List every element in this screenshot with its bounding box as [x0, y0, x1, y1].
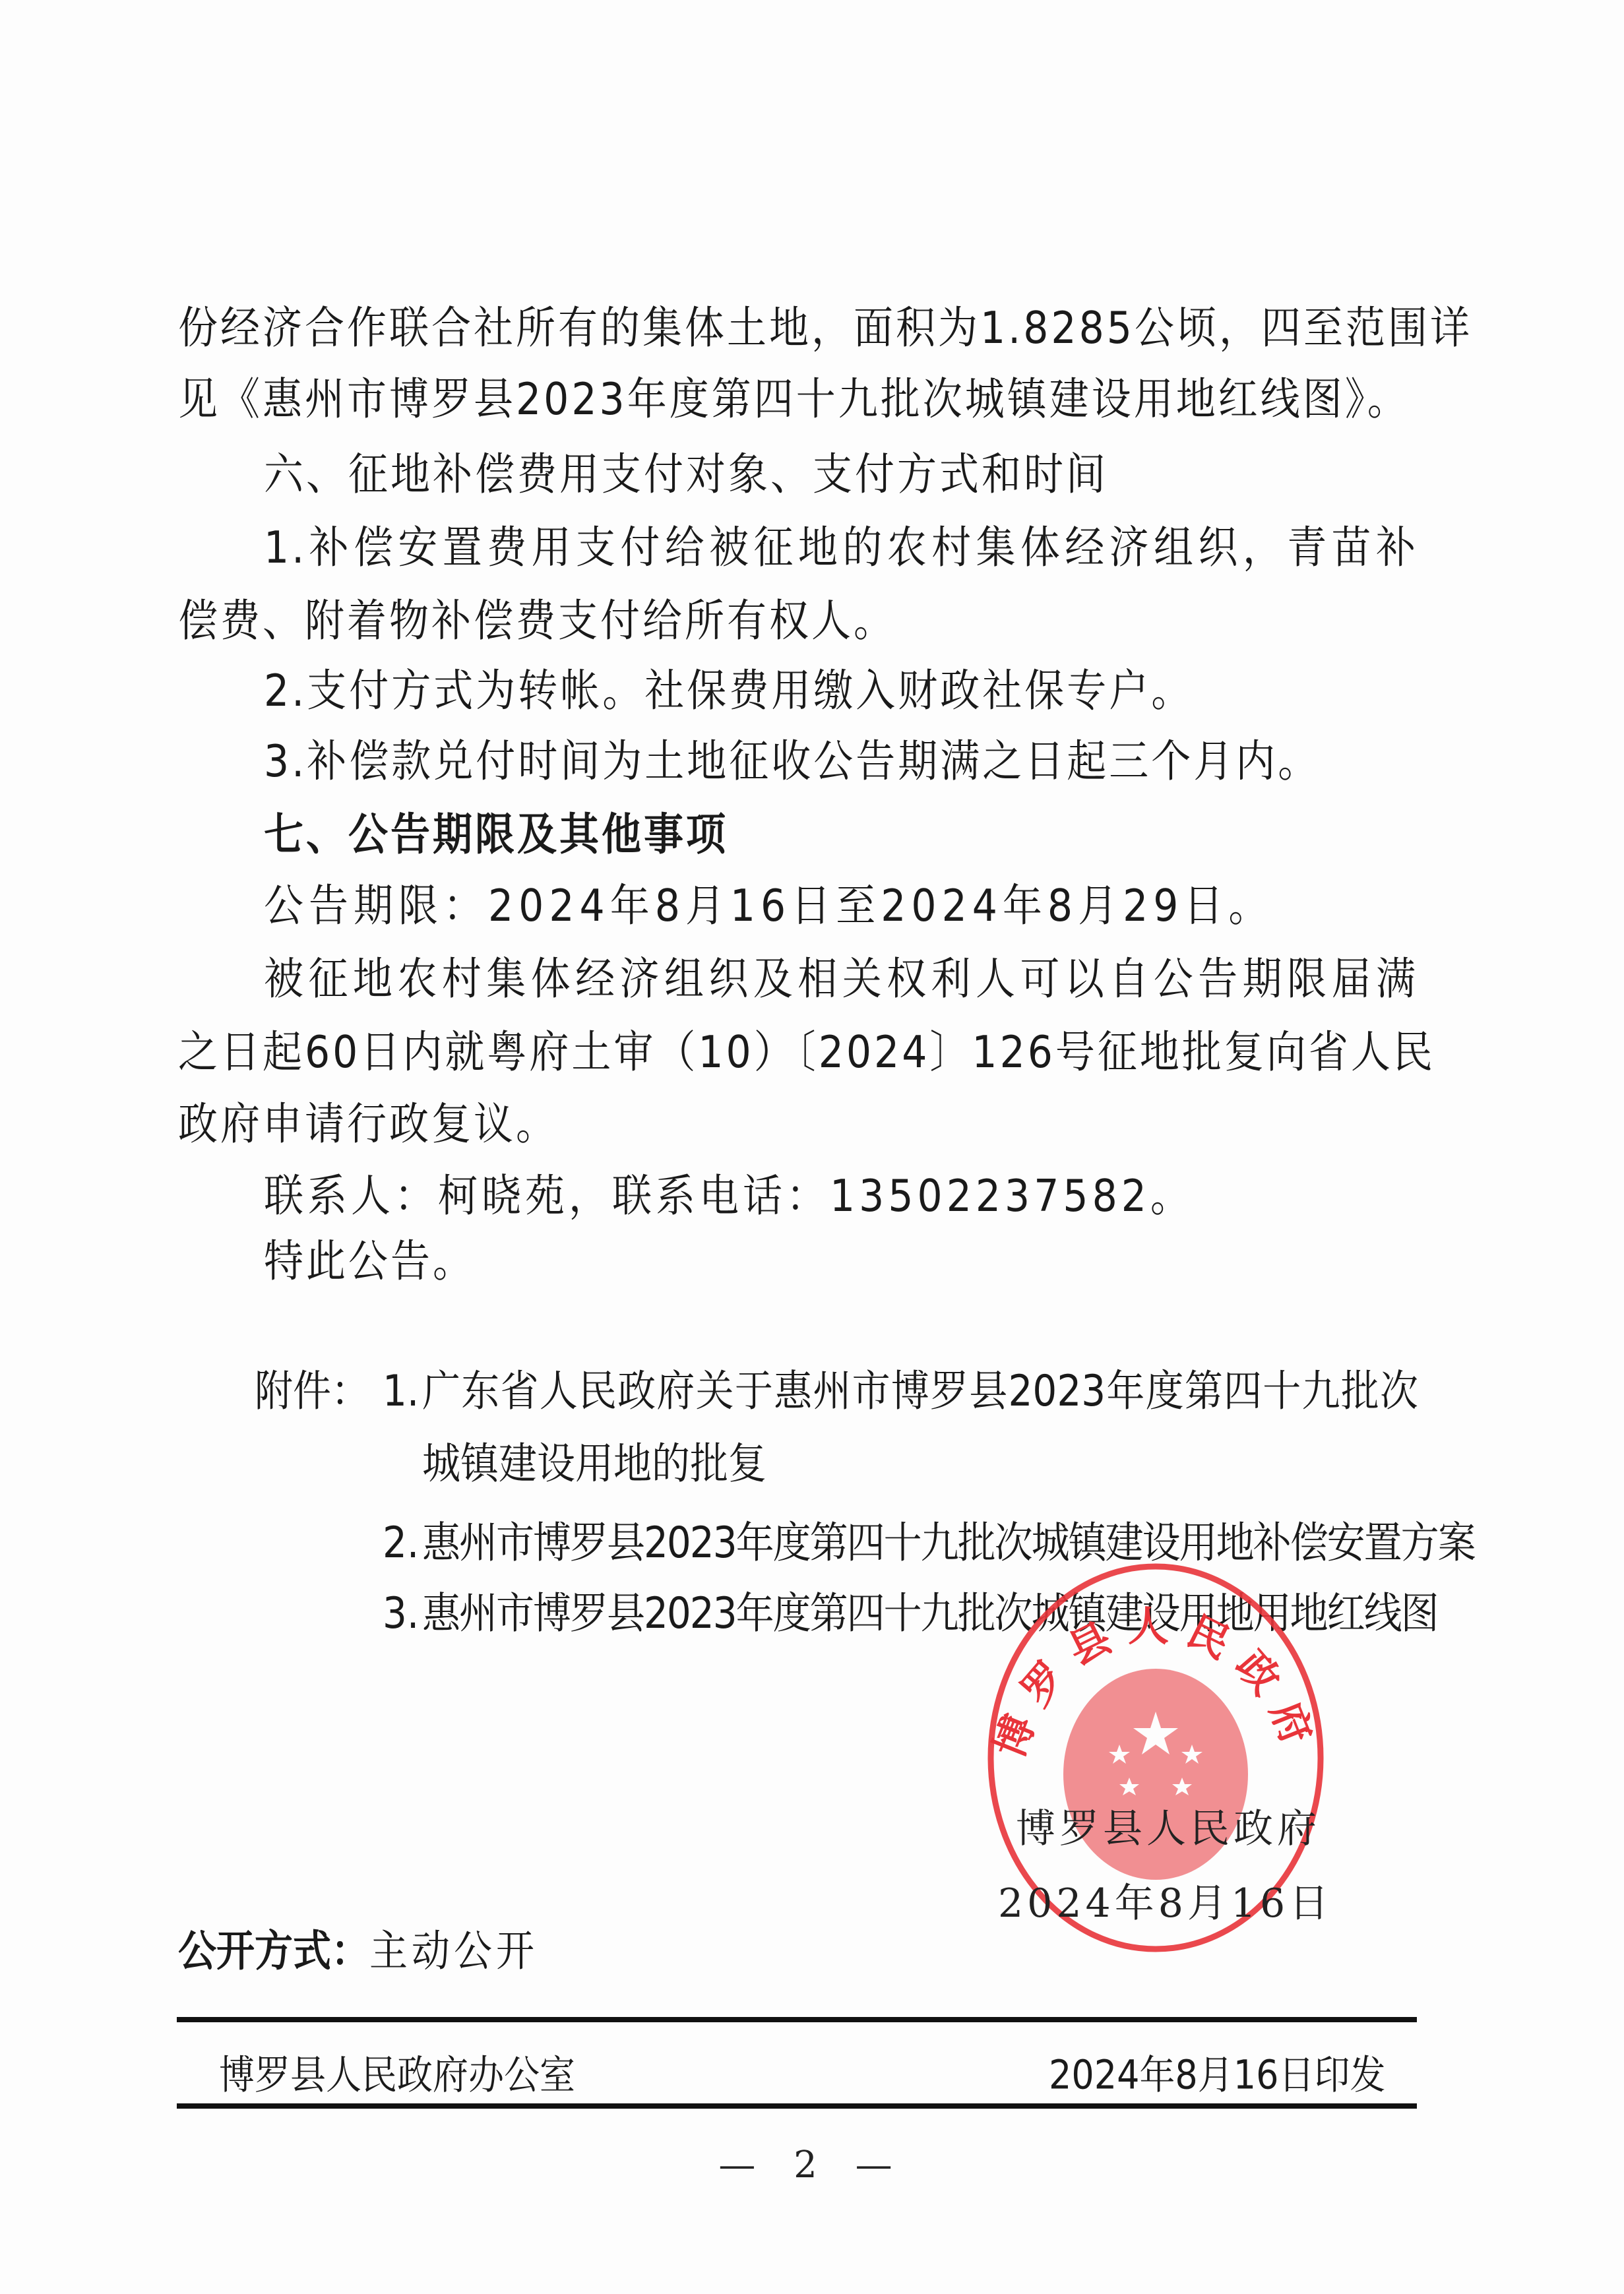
attachments-label: 附件： [255, 1363, 369, 1419]
disclosure-value: 主动公开 [369, 1926, 538, 1976]
page-number: — 2 — [0, 2144, 1624, 2186]
section-heading-6: 六、征地补偿费用支付对象、支付方式和时间 [264, 447, 1504, 503]
issuing-office: 博罗县人民政府办公室 [219, 2043, 575, 2100]
footer-bottom-rule [177, 2103, 1417, 2109]
attachment-title: 广东省人民政府关于惠州市博罗县2023年度第四十九批次 [422, 1363, 1418, 1419]
list-item: 3.补偿款兑付时间为土地征收公告期满之日起三个月内。 [264, 733, 1504, 790]
list-item: 1.补偿安置费用支付给被征地的农村集体经济组织，青苗补 [264, 520, 1418, 576]
attachment-number: 3. [383, 1585, 419, 1641]
disclosure-row: 公开方式：主动公开 [178, 1916, 538, 1978]
print-date: 2024年8月16日印发 [1049, 2043, 1386, 2100]
list-item: 2.支付方式为转帐。社保费用缴入财政社保专户。 [264, 663, 1504, 719]
footer-top-rule [177, 2017, 1417, 2022]
closing-statement: 特此公告。 [264, 1233, 1504, 1289]
disclosure-label: 公开方式： [178, 1926, 369, 1976]
attachment-title-continuation: 城镇建设用地的批复 [422, 1435, 766, 1491]
list-item-continuation: 偿费、附着物补偿费支付给所有权人。 [178, 593, 1418, 649]
contact-info: 联系人：柯晓苑，联系电话：13502237582。 [264, 1168, 1504, 1224]
notice-period: 公告期限：2024年8月16日至2024年8月29日。 [264, 878, 1504, 934]
issuer-signature: 博罗县人民政府 [1016, 1797, 1321, 1854]
paragraph-line: 见《惠州市博罗县2023年度第四十九批次城镇建设用地红线图》。 [178, 371, 1418, 427]
issue-date: 2024年8月16日 [998, 1872, 1332, 1929]
paragraph-line: 政府申请行政复议。 [178, 1096, 1418, 1152]
attachment-number: 2. [383, 1514, 419, 1570]
paragraph-line: 之日起60日内就粤府土审（10）〔2024〕126号征地批复向省人民 [178, 1024, 1418, 1080]
section-heading-7: 七、公告期限及其他事项 [264, 807, 1504, 863]
paragraph-line: 份经济合作联合社所有的集体土地，面积为1.8285公顷，四至范围详 [178, 300, 1418, 356]
paragraph-line: 被征地农村集体经济组织及相关权利人可以自公告期限届满 [264, 951, 1418, 1007]
attachment-number: 1. [383, 1363, 419, 1419]
